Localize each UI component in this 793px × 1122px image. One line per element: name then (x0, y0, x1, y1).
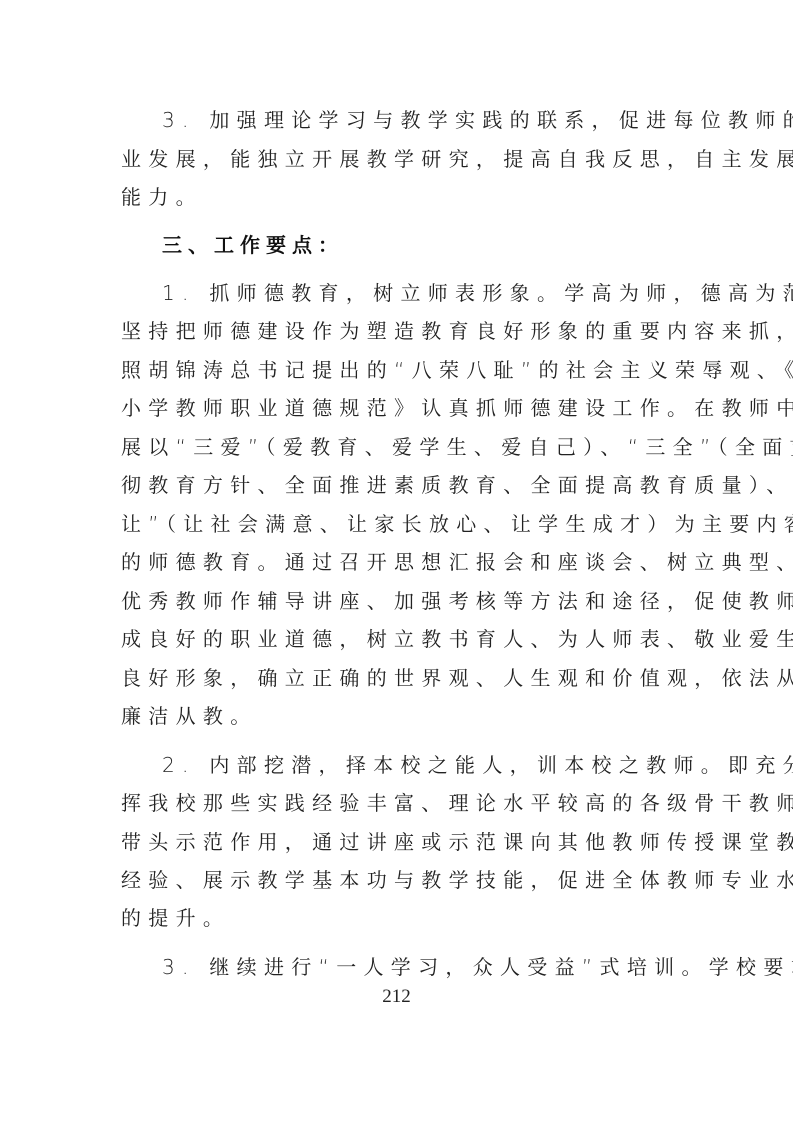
text-line: 照胡锦涛总书记提出的“八荣八耻”的社会主义荣辱观、《中 (121, 355, 681, 385)
text-line: 坚持把师德建设作为塑造教育良好形象的重要内容来抓，按 (121, 316, 681, 346)
text-line: 带头示范作用，通过讲座或示范课向其他教师传授课堂教学 (121, 827, 681, 857)
text-line: 能力。 (121, 182, 681, 212)
page-number: 212 (0, 986, 793, 1008)
text-line: 的师德教育。通过召开思想汇报会和座谈会、树立典型、请 (121, 547, 681, 577)
text-line: 3. 加强理论学习与教学实践的联系，促进每位教师的专 (162, 105, 722, 135)
text-line: 2. 内部挖潜，择本校之能人，训本校之教师。即充分发 (162, 750, 722, 780)
text-line: 优秀教师作辅导讲座、加强考核等方法和途径，促使教师养 (121, 586, 681, 616)
text-line: 挥我校那些实践经验丰富、理论水平较高的各级骨干教师的 (121, 788, 681, 818)
text-line: 业发展，能独立开展教学研究，提高自我反思，自主发展的 (121, 144, 681, 174)
text-line: 经验、展示教学基本功与教学技能，促进全体教师专业水平 (121, 865, 681, 895)
text-line: 良好形象，确立正确的世界观、人生观和价值观，依法从教， (121, 663, 681, 693)
text-line: 3. 继续进行“一人学习，众人受益”式培训。学校要求 (162, 952, 722, 982)
document-page: 3. 加强理论学习与教学实践的联系，促进每位教师的专 业发展，能独立开展教学研究… (0, 0, 793, 1122)
text-line: 小学教师职业道德规范》认真抓师德建设工作。在教师中开 (121, 393, 681, 423)
text-line: 廉洁从教。 (121, 701, 681, 731)
text-line: 成良好的职业道德，树立教书育人、为人师表、敬业爱生的 (121, 624, 681, 654)
text-line: 展以“三爱”（爱教育、爱学生、爱自己）、“三全”（全面贯 (121, 432, 681, 462)
text-line: 1. 抓师德教育，树立师表形象。学高为师，德高为范。 (162, 278, 722, 308)
text-line: 彻教育方针、全面推进素质教育、全面提高教育质量）、“三 (121, 470, 681, 500)
text-line: 让”（让社会满意、让家长放心、让学生成才）为主要内容 (121, 509, 681, 539)
text-line: 的提升。 (121, 903, 681, 933)
section-heading: 三、工作要点： (162, 230, 722, 260)
